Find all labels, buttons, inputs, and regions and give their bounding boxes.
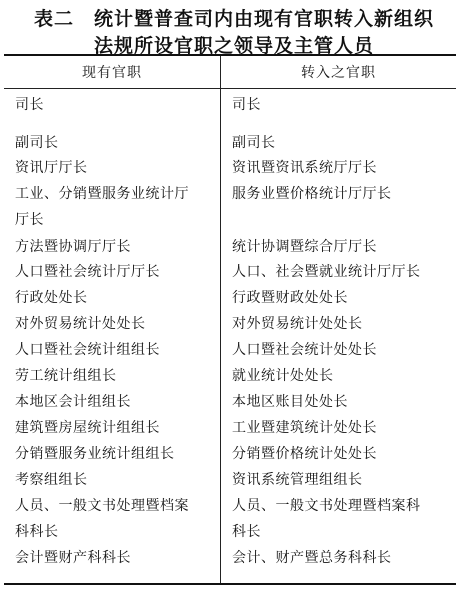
- row-current: 会计暨财产科科长: [15, 550, 215, 567]
- row-current: 劳工统计组组长: [15, 368, 215, 385]
- row-current: 资讯厅厅长: [15, 160, 215, 177]
- row-new: 对外贸易统计处处长: [232, 316, 452, 333]
- row-current-cont: 厅长: [15, 212, 215, 229]
- row-new: 行政暨财政处处长: [232, 290, 452, 307]
- row-new: 本地区账目处处长: [232, 394, 452, 411]
- row-new: 司长: [232, 97, 452, 114]
- table-title-line1: 表二 统计暨普查司内由现有官职转入新组织: [0, 4, 468, 31]
- row-new: 工业暨建筑统计处处长: [232, 420, 452, 437]
- row-new: 副司长: [232, 135, 452, 152]
- row-new: 资讯系统管理组组长: [232, 472, 452, 489]
- row-current: 司长: [15, 97, 215, 114]
- row-new: 统计协调暨综合厅厅长: [232, 239, 452, 256]
- top-rule: [4, 54, 456, 56]
- row-new: 人员、一般文书处理暨档案科: [232, 498, 452, 515]
- row-current: 建筑暨房屋统计组组长: [15, 420, 215, 437]
- row-current: 副司长: [15, 135, 215, 152]
- row-new: 人口暨社会统计处处长: [232, 342, 452, 359]
- column-divider: [220, 56, 221, 583]
- row-current: 人口暨社会统计厅厅长: [15, 264, 215, 281]
- row-current: 人口暨社会统计组组长: [15, 342, 215, 359]
- row-new: 人口、社会暨就业统计厅厅长: [232, 264, 452, 281]
- row-current: 行政处处长: [15, 290, 215, 307]
- header-new-position: 转入之官职: [221, 62, 456, 82]
- row-new: 分销暨价格统计处处长: [232, 446, 452, 463]
- row-current-cont: 科科长: [15, 524, 215, 541]
- row-current: 对外贸易统计处处长: [15, 316, 215, 333]
- row-current: 分销暨服务业统计组组长: [15, 446, 215, 463]
- row-current: 人员、一般文书处理暨档案: [15, 498, 215, 515]
- row-new: 服务业暨价格统计厅厅长: [232, 186, 452, 203]
- row-new: 会计、财产暨总务科科长: [232, 550, 452, 567]
- header-rule: [4, 88, 456, 89]
- row-current: 方法暨协调厅厅长: [15, 239, 215, 256]
- row-current: 本地区会计组组长: [15, 394, 215, 411]
- row-current: 工业、分销暨服务业统计厅: [15, 186, 215, 203]
- row-new: 资讯暨资讯系统厅厅长: [232, 160, 452, 177]
- header-current-position: 现有官职: [4, 62, 220, 82]
- row-new-cont: 科长: [232, 524, 452, 541]
- row-new: 就业统计处处长: [232, 368, 452, 385]
- row-current: 考察组组长: [15, 472, 215, 489]
- bottom-rule: [4, 583, 456, 585]
